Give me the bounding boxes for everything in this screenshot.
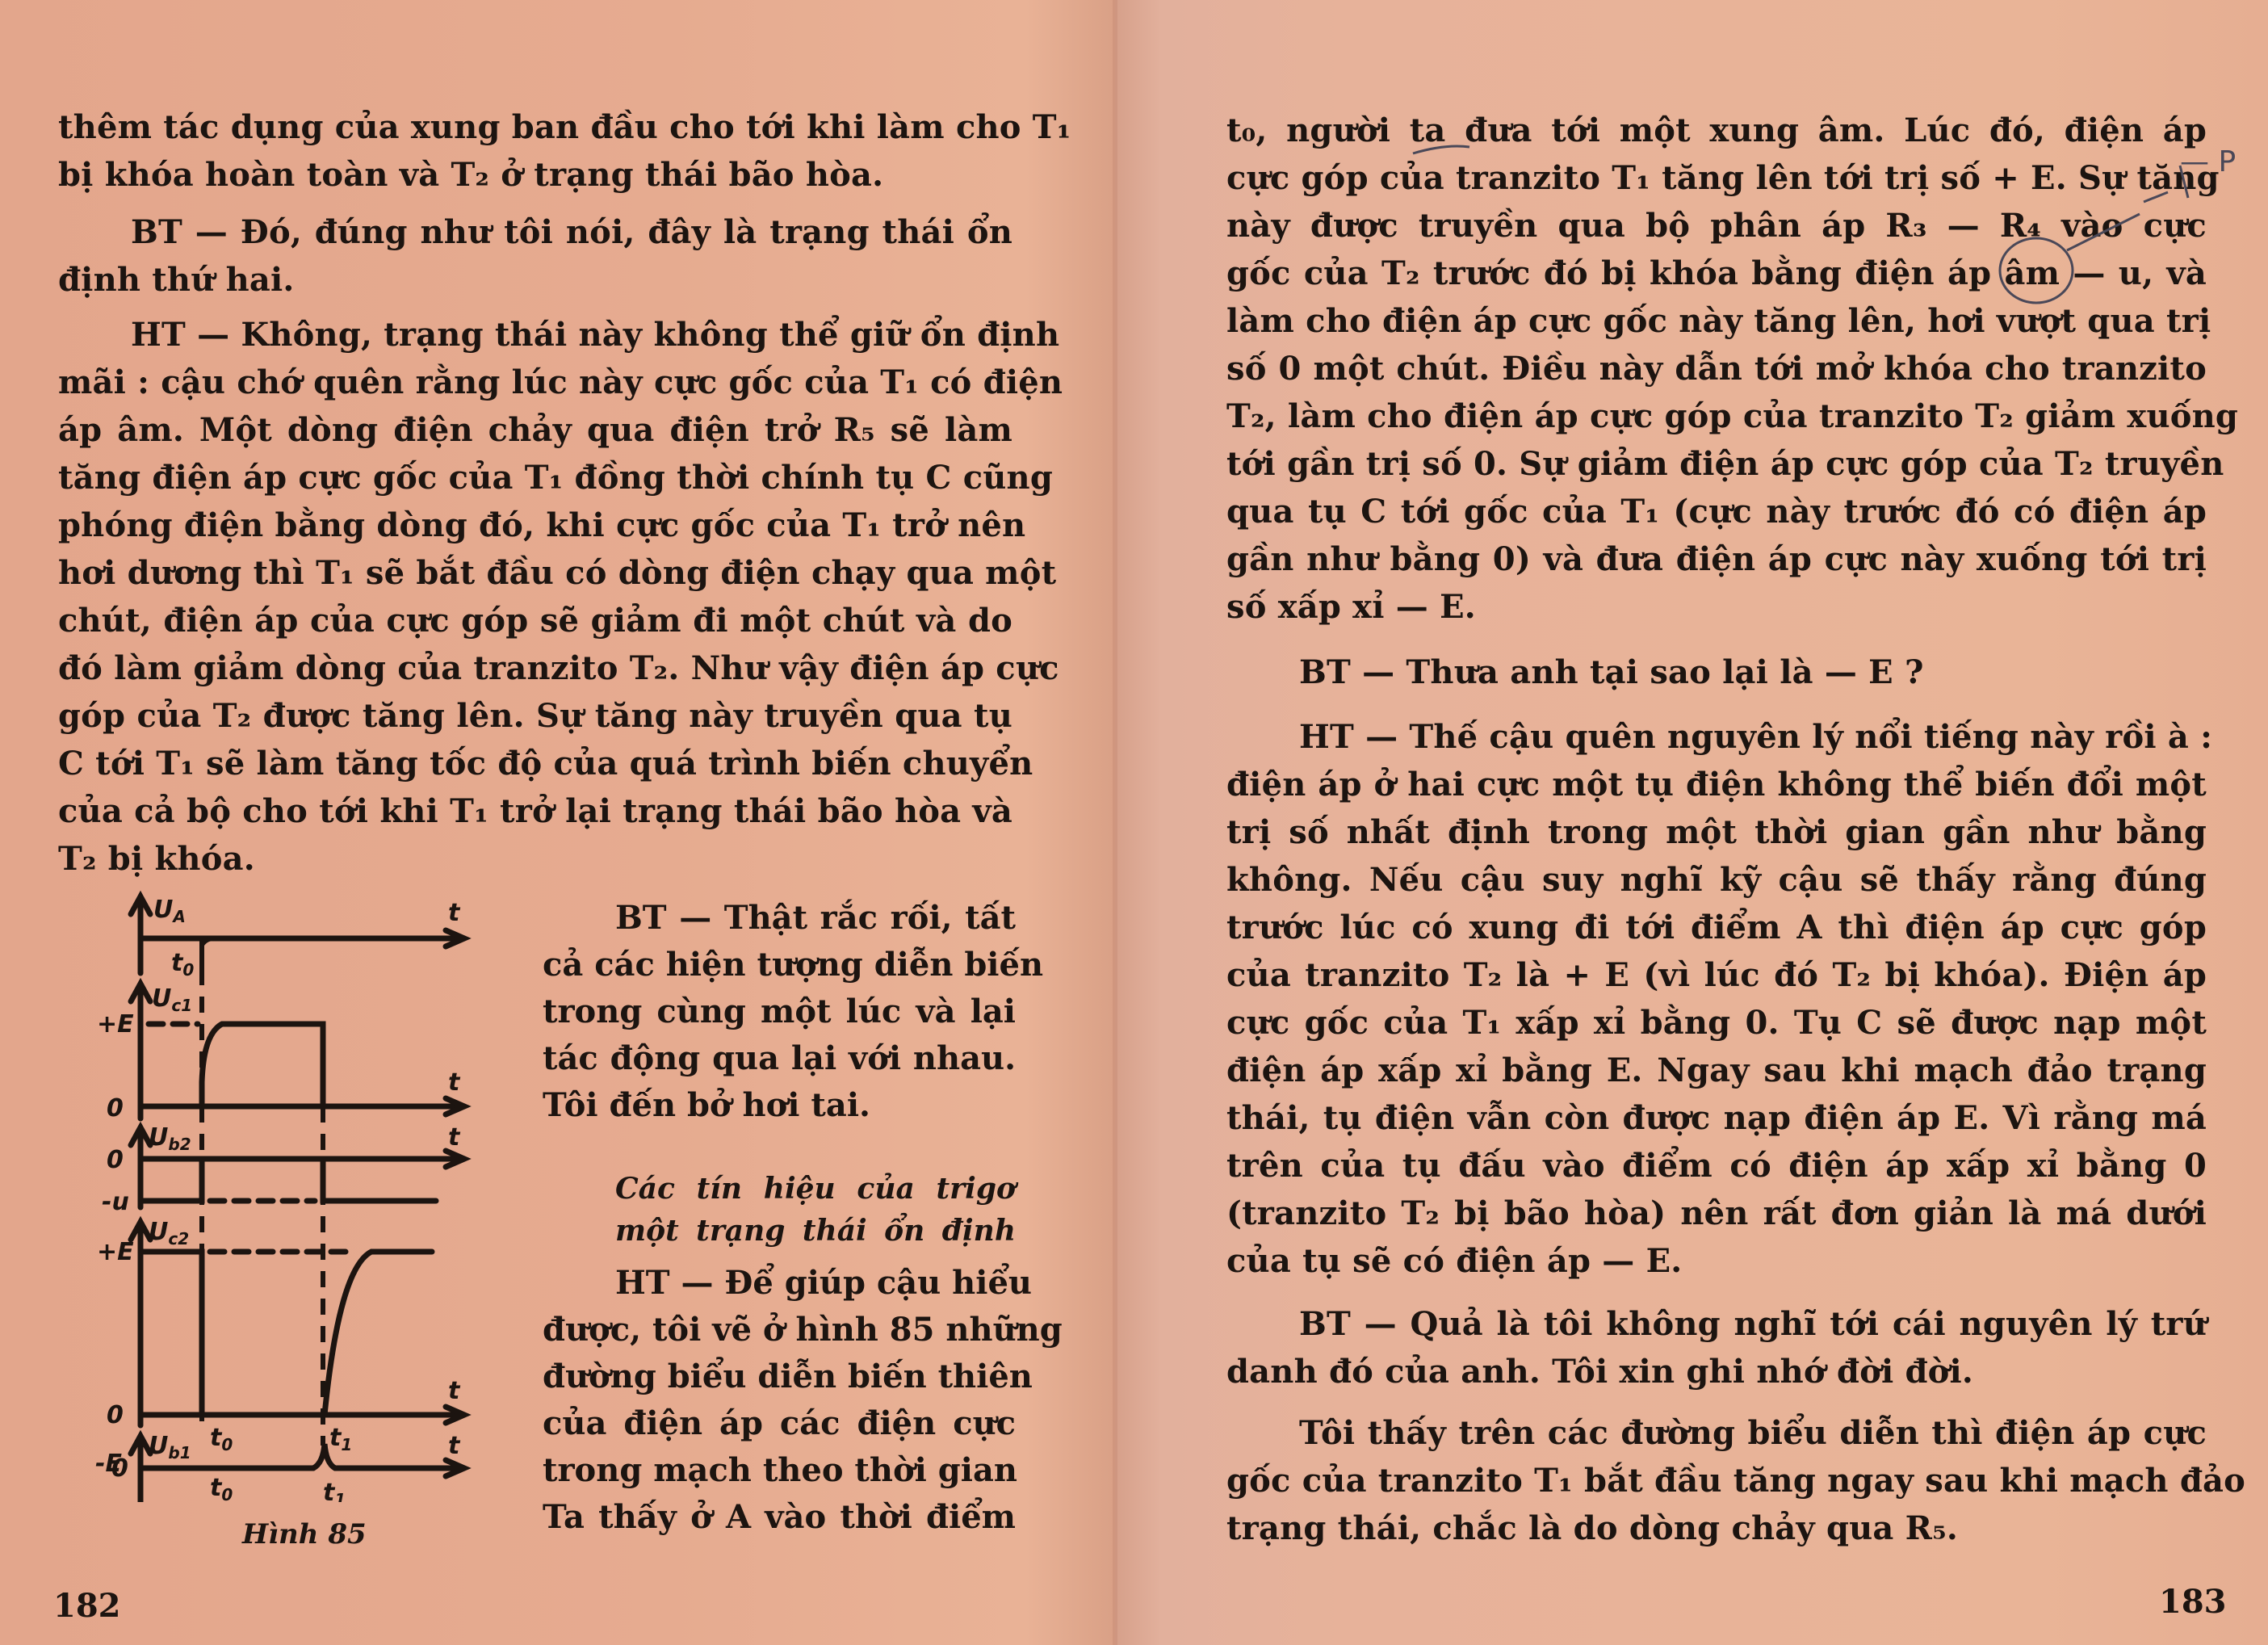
- paragraph-bt-3: BT — Thưa anh tại sao lại là — E ?: [1226, 648, 2207, 696]
- svg-text:t: t: [448, 1123, 461, 1152]
- text-line: phóng điện bằng dòng đó, khi cực gốc của…: [58, 501, 1012, 549]
- svg-text:t1: t1: [323, 1479, 346, 1502]
- paragraph-bt-4: BT — Quả là tôi không nghĩ tới cái nguyê…: [1226, 1300, 2207, 1395]
- text-line: Tôi đến bở hơi tai.: [543, 1082, 1016, 1129]
- text-line: được, tôi vẽ ở hình 85 những: [543, 1307, 1016, 1353]
- text-line: T₂, làm cho điện áp cực góp của tranzito…: [1226, 392, 2207, 440]
- waveform-diagram: UA t t0 Uc1 +E 0 t Ub2 0 t -u Uc2 +E 0 t…: [81, 888, 533, 1502]
- text-line: số xấp xỉ — E.: [1226, 583, 2207, 631]
- svg-text:0: 0: [107, 1401, 124, 1429]
- paragraph-bt-2: BT — Thật rắc rối, tất cả các hiện tượng…: [543, 895, 1016, 1129]
- svg-text:0: 0: [107, 1146, 124, 1174]
- text-line: gốc của tranzito T₁ bắt đầu tăng ngay sa…: [1226, 1457, 2207, 1504]
- figure-caption: Hình 85: [242, 1518, 367, 1551]
- figure-85-waveforms: UA t t0 Uc1 +E 0 t Ub2 0 t -u Uc2 +E 0 t…: [81, 888, 533, 1502]
- handwritten-annotation: — P: [2180, 145, 2236, 178]
- text-line: tác động qua lại với nhau.: [543, 1035, 1016, 1082]
- text-line: chút, điện áp của cực góp sẽ giảm đi một…: [58, 597, 1012, 644]
- text-line: đường biểu diễn biến thiên: [543, 1353, 1016, 1400]
- text-line: của cả bộ cho tới khi T₁ trở lại trạng t…: [58, 787, 1012, 835]
- page-number-right: 183: [2159, 1583, 2227, 1621]
- text-line: gần như bằng 0) và đưa điện áp cực này x…: [1226, 535, 2207, 583]
- text-line: cả các hiện tượng diễn biến: [543, 942, 1016, 988]
- text-line: của tranzito T₂ là + E (vì lúc đó T₂ bị …: [1226, 951, 2207, 999]
- svg-text:-u: -u: [102, 1188, 129, 1216]
- text-line: điện áp xấp xỉ bằng E. Ngay sau khi mạch…: [1226, 1047, 2207, 1094]
- svg-text:t0: t0: [210, 1474, 233, 1502]
- text-line: góp của T₂ được tăng lên. Sự tăng này tr…: [58, 692, 1012, 740]
- text-line: đó làm giảm dòng của tranzito T₂. Như vậ…: [58, 644, 1012, 692]
- book-gutter: [1113, 0, 1117, 1645]
- text-line: trong mạch theo thời gian: [543, 1447, 1016, 1494]
- svg-text:t: t: [448, 1068, 461, 1097]
- svg-text:Uc2: Uc2: [149, 1218, 189, 1248]
- text-line: trạng thái, chắc là do dòng chảy qua R₅.: [1226, 1504, 2207, 1552]
- text-line: trên của tụ đấu vào điểm có điện áp xấp …: [1226, 1142, 2207, 1190]
- heading-line: Các tín hiệu của trigơ: [615, 1168, 1016, 1210]
- text-line: không. Nếu cậu suy nghĩ kỹ cậu sẽ thấy r…: [1226, 856, 2207, 904]
- text-line: định thứ hai.: [58, 256, 1012, 304]
- text-line: hơi dương thì T₁ sẽ bắt đầu có dòng điện…: [58, 549, 1012, 597]
- svg-text:t: t: [448, 1432, 461, 1460]
- text-line: T₂ bị khóa.: [58, 835, 1012, 883]
- text-line: của tụ sẽ có điện áp — E.: [1226, 1237, 2207, 1285]
- svg-text:Ub1: Ub1: [149, 1432, 191, 1462]
- svg-text:0: 0: [107, 1094, 124, 1123]
- svg-text:Uc1: Uc1: [152, 984, 192, 1015]
- text-line: Tôi thấy trên các đường biểu diễn thì đi…: [1226, 1409, 2207, 1457]
- paragraph-continued: thêm tác dụng của xung ban đầu cho tới k…: [58, 103, 1012, 199]
- text-line: mãi : cậu chớ quên rằng lúc này cực gốc …: [58, 359, 1012, 406]
- text-line: danh đó của anh. Tôi xin ghi nhớ đời đời…: [1226, 1348, 2207, 1395]
- text-line: số 0 một chút. Điều này dẫn tới mở khóa …: [1226, 345, 2207, 392]
- section-heading: Các tín hiệu của trigơ một trạng thái ổn…: [615, 1168, 1016, 1252]
- label-minus-e: -E: [95, 1450, 122, 1478]
- text-line: thêm tác dụng của xung ban đầu cho tới k…: [58, 103, 1012, 151]
- arrow-mark: [2067, 214, 2140, 250]
- text-line: áp âm. Một dòng điện chảy qua điện trở R…: [58, 406, 1012, 454]
- paragraph-ht-1: HT — Không, trạng thái này không thể giữ…: [58, 311, 1012, 883]
- paragraph-bt-1: BT — Đó, đúng như tôi nói, đây là trạng …: [58, 208, 1012, 304]
- heading-line: một trạng thái ổn định: [615, 1210, 1016, 1252]
- svg-text:Ub2: Ub2: [149, 1123, 191, 1154]
- paragraph-ht-3: HT — Thế cậu quên nguyên lý nổi tiếng nà…: [1226, 713, 2207, 1285]
- text-line: cực gốc của T₁ xấp xỉ bằng 0. Tụ C sẽ đư…: [1226, 999, 2207, 1047]
- text-line: BT — Thưa anh tại sao lại là — E ?: [1226, 648, 2207, 696]
- text-line: của điện áp các điện cực: [543, 1400, 1016, 1447]
- text-line: bị khóa hoàn toàn và T₂ ở trạng thái bão…: [58, 151, 1012, 199]
- label-ua: UA: [153, 896, 186, 926]
- svg-text:t0: t0: [210, 1424, 233, 1454]
- text-line: BT — Thật rắc rối, tất: [543, 895, 1016, 942]
- paragraph-closing: Tôi thấy trên các đường biểu diễn thì đi…: [1226, 1409, 2207, 1552]
- text-line: (tranzito T₂ bị bão hòa) nên rất đơn giả…: [1226, 1190, 2207, 1237]
- svg-text:t: t: [448, 899, 461, 927]
- text-line: thái, tụ điện vẫn còn được nạp điện áp E…: [1226, 1094, 2207, 1142]
- text-line: trước lúc có xung đi tới điểm A thì điện…: [1226, 904, 2207, 951]
- text-line: HT — Để giúp cậu hiểu: [543, 1260, 1016, 1307]
- text-line: BT — Đó, đúng như tôi nói, đây là trạng …: [58, 208, 1012, 256]
- text-line: trong cùng một lúc và lại: [543, 988, 1016, 1035]
- text-line: tăng điện áp cực gốc của T₁ đồng thời ch…: [58, 454, 1012, 501]
- page-number-left: 182: [53, 1587, 121, 1625]
- circle-mark: [2000, 238, 2073, 303]
- svg-text:t: t: [448, 1377, 461, 1405]
- svg-text:t1: t1: [329, 1424, 352, 1454]
- svg-text:t0: t0: [171, 949, 194, 980]
- text-line: điện áp ở hai cực một tụ điện không thể …: [1226, 761, 2207, 808]
- text-line: HT — Không, trạng thái này không thể giữ…: [58, 311, 1012, 359]
- text-line: HT — Thế cậu quên nguyên lý nổi tiếng nà…: [1226, 713, 2207, 761]
- text-line: Ta thấy ở A vào thời điểm: [543, 1494, 1016, 1541]
- svg-text:+E: +E: [97, 1010, 134, 1039]
- underline-mark: [1413, 146, 1469, 153]
- pencil-annotations: [1211, 97, 2268, 307]
- text-line: qua tụ C tới gốc của T₁ (cực này trước đ…: [1226, 488, 2207, 535]
- text-line: C tới T₁ sẽ làm tăng tốc độ của quá trìn…: [58, 740, 1012, 787]
- svg-text:+E: +E: [97, 1238, 134, 1266]
- text-line: trị số nhất định trong một thời gian gần…: [1226, 808, 2207, 856]
- text-line: tới gần trị số 0. Sự giảm điện áp cực gó…: [1226, 440, 2207, 488]
- text-line: BT — Quả là tôi không nghĩ tới cái nguyê…: [1226, 1300, 2207, 1348]
- paragraph-ht-2: HT — Để giúp cậu hiểu được, tôi vẽ ở hìn…: [543, 1260, 1016, 1541]
